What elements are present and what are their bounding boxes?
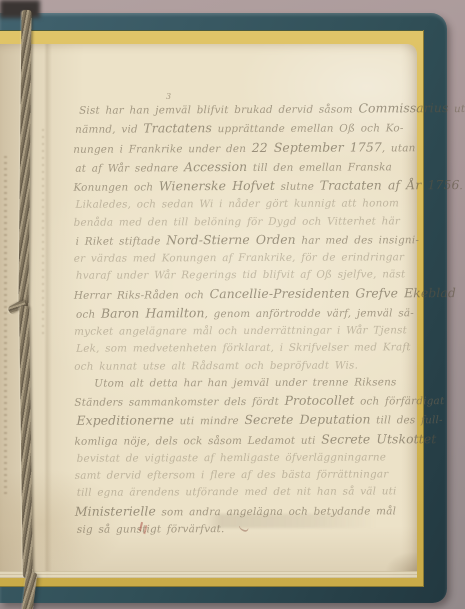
handwritten-text: Konungen och	[73, 181, 159, 193]
manuscript-line: nämnd, vid Tractatens upprättande emella…	[75, 119, 417, 140]
manuscript-line: komliga nöje, dels ock såsom Ledamot uti…	[74, 430, 418, 451]
handwritten-text: Sist har han jemväl blifvit brukad dervi…	[79, 104, 358, 117]
manuscript-photo: 3 Sist har han jemväl blifvit brukad der…	[0, 0, 465, 609]
handwritten-text: upprättande emellan Oß och Ko-	[212, 123, 404, 136]
manuscript-line: Lek, som medvetenheten förklarat, i Skri…	[76, 339, 418, 358]
handwritten-text: hvaraf under Wår Regerings tid blifvit a…	[76, 269, 406, 282]
handwritten-text: till den emellan Franska	[247, 161, 392, 174]
handwritten-text: Herrar Riks-Råden och	[74, 289, 210, 302]
manuscript-line: Herrar Riks-Råden och Cancellie-Presiden…	[74, 284, 418, 305]
handwritten-text: sig så gunstigt förvärfvat.	[77, 523, 225, 536]
manuscript-line: Utom alt detta har han jemväl under tren…	[76, 374, 418, 393]
gutter-bleed-marks	[42, 124, 44, 334]
emphasized-word: Accession	[184, 159, 247, 174]
handwritten-text: nämnd, vid	[75, 124, 143, 136]
emphasized-word: Protocollet	[285, 393, 355, 408]
manuscript-page: 3 Sist har han jemväl blifvit brukad der…	[0, 44, 417, 578]
manuscript-line: er värdas med Konungen af Frankrike, för…	[74, 249, 418, 268]
manuscript-line: samt dervid eftersom i flere af des bäst…	[75, 466, 419, 485]
handwritten-text: mycket angelägnare mål och underrättning…	[74, 324, 407, 337]
emphasized-word: Expeditionerne	[76, 413, 174, 428]
emphasized-word: Nord-Stierne Orden	[166, 232, 296, 248]
handwritten-text: benåda med den till belöning för Dygd oc…	[74, 215, 401, 228]
page-edge-bleed-marks	[4, 154, 7, 494]
handwritten-text: uti mindre	[174, 415, 244, 427]
manuscript-line: mycket angelägnare mål och underrättning…	[74, 322, 418, 341]
emphasized-word: Tractaten af År 1756	[320, 177, 460, 193]
handwritten-text: , genom anförtrodde värf, jemväl sä-	[205, 307, 414, 320]
emphasized-word: Commissarius	[358, 100, 448, 115]
handwritten-text: nungen i Frankrike under den	[73, 142, 252, 155]
manuscript-line: at af Wår sednare Accession till den eme…	[75, 157, 417, 178]
handwritten-text: i Riket stiftade	[76, 235, 167, 247]
handwritten-text: Lek, som medvetenheten förklarat, i Skri…	[76, 342, 411, 355]
emphasized-word: Ministerielle	[75, 503, 156, 518]
manuscript-line: och Baron Hamilton, genom anförtrodde vä…	[76, 303, 418, 324]
handwritten-text: ut-	[448, 103, 465, 115]
handwritten-text: har med des insigni-	[296, 234, 419, 247]
manuscript-line: i Riket stiftade Nord-Stierne Orden har …	[76, 230, 418, 251]
handwritten-text: till des full-	[371, 414, 443, 426]
page-edge-stack	[0, 571, 417, 578]
emphasized-word: Secrete Utskottet	[321, 431, 436, 447]
manuscript-line: till egna ärendens utförande med det nit…	[77, 483, 419, 502]
showthrough-ghost-text	[206, 514, 386, 528]
manuscript-line: Ständers sammankomster dels fördt Protoc…	[74, 391, 418, 412]
manuscript-line: nungen i Frankrike under den 22 Septembe…	[73, 138, 417, 159]
handwritten-text: komliga nöje, dels ock såsom Ledamot uti	[75, 434, 322, 447]
emphasized-word: Secrete Deputation	[244, 412, 370, 428]
handwritten-text: slutne	[275, 181, 320, 193]
manuscript-line: benåda med den till belöning för Dygd oc…	[74, 213, 418, 232]
manuscript-line: Sist har han jemväl blifvit brukad dervi…	[73, 99, 417, 120]
handwritten-text: .	[459, 180, 463, 192]
manuscript-line: och kunnat utse alt Rådsamt och bepröfva…	[74, 357, 418, 376]
manuscript-line: Likaledes, och sedan Wi i nåder gört kun…	[75, 196, 417, 215]
emphasized-word: Cancellie-Presidenten	[210, 285, 350, 301]
emphasized-word: 22 September 1757	[252, 139, 382, 155]
handwritten-text: till egna ärendens utförande med det nit…	[77, 486, 397, 499]
handwritten-text: Likaledes, och sedan Wi i nåder gört kun…	[75, 198, 399, 211]
manuscript-text: Sist har han jemväl blifvit brukad dervi…	[73, 99, 419, 538]
emphasized-word: Tractatens	[143, 120, 212, 135]
handwritten-text: at af Wår sednare	[75, 162, 184, 174]
manuscript-line: bevistat de vigtigaste af hemligaste öfv…	[77, 449, 419, 468]
handwritten-text: och förfärdigat	[354, 395, 444, 407]
manuscript-line: Expeditionerne uti mindre Secrete Deputa…	[76, 410, 418, 431]
corner-shadow	[0, 0, 40, 18]
handwritten-text: , utan	[382, 142, 416, 154]
handwritten-text: er värdas med Konungen af Frankrike, för…	[74, 251, 404, 264]
handwritten-text: Ständers sammankomster dels fördt	[74, 396, 284, 409]
handwritten-text: samt dervid eftersom i flere af des bäst…	[75, 468, 389, 481]
handwritten-text: och	[76, 308, 101, 320]
emphasized-word: Wienerske Hofvet	[159, 178, 275, 194]
handwritten-text: Utom alt detta har han jemväl under tren…	[94, 376, 396, 389]
emphasized-word: Baron Hamilton	[101, 305, 205, 320]
manuscript-line: hvaraf under Wår Regerings tid blifvit a…	[76, 267, 418, 286]
handwritten-text: bevistat de vigtigaste af hemligaste öfv…	[77, 451, 387, 464]
handwritten-text: och kunnat utse alt Rådsamt och bepröfva…	[74, 359, 358, 372]
emphasized-word: Grefve Ekeblad	[355, 285, 456, 300]
manuscript-line: Konungen och Wienerske Hofvet slutne Tra…	[73, 176, 417, 197]
